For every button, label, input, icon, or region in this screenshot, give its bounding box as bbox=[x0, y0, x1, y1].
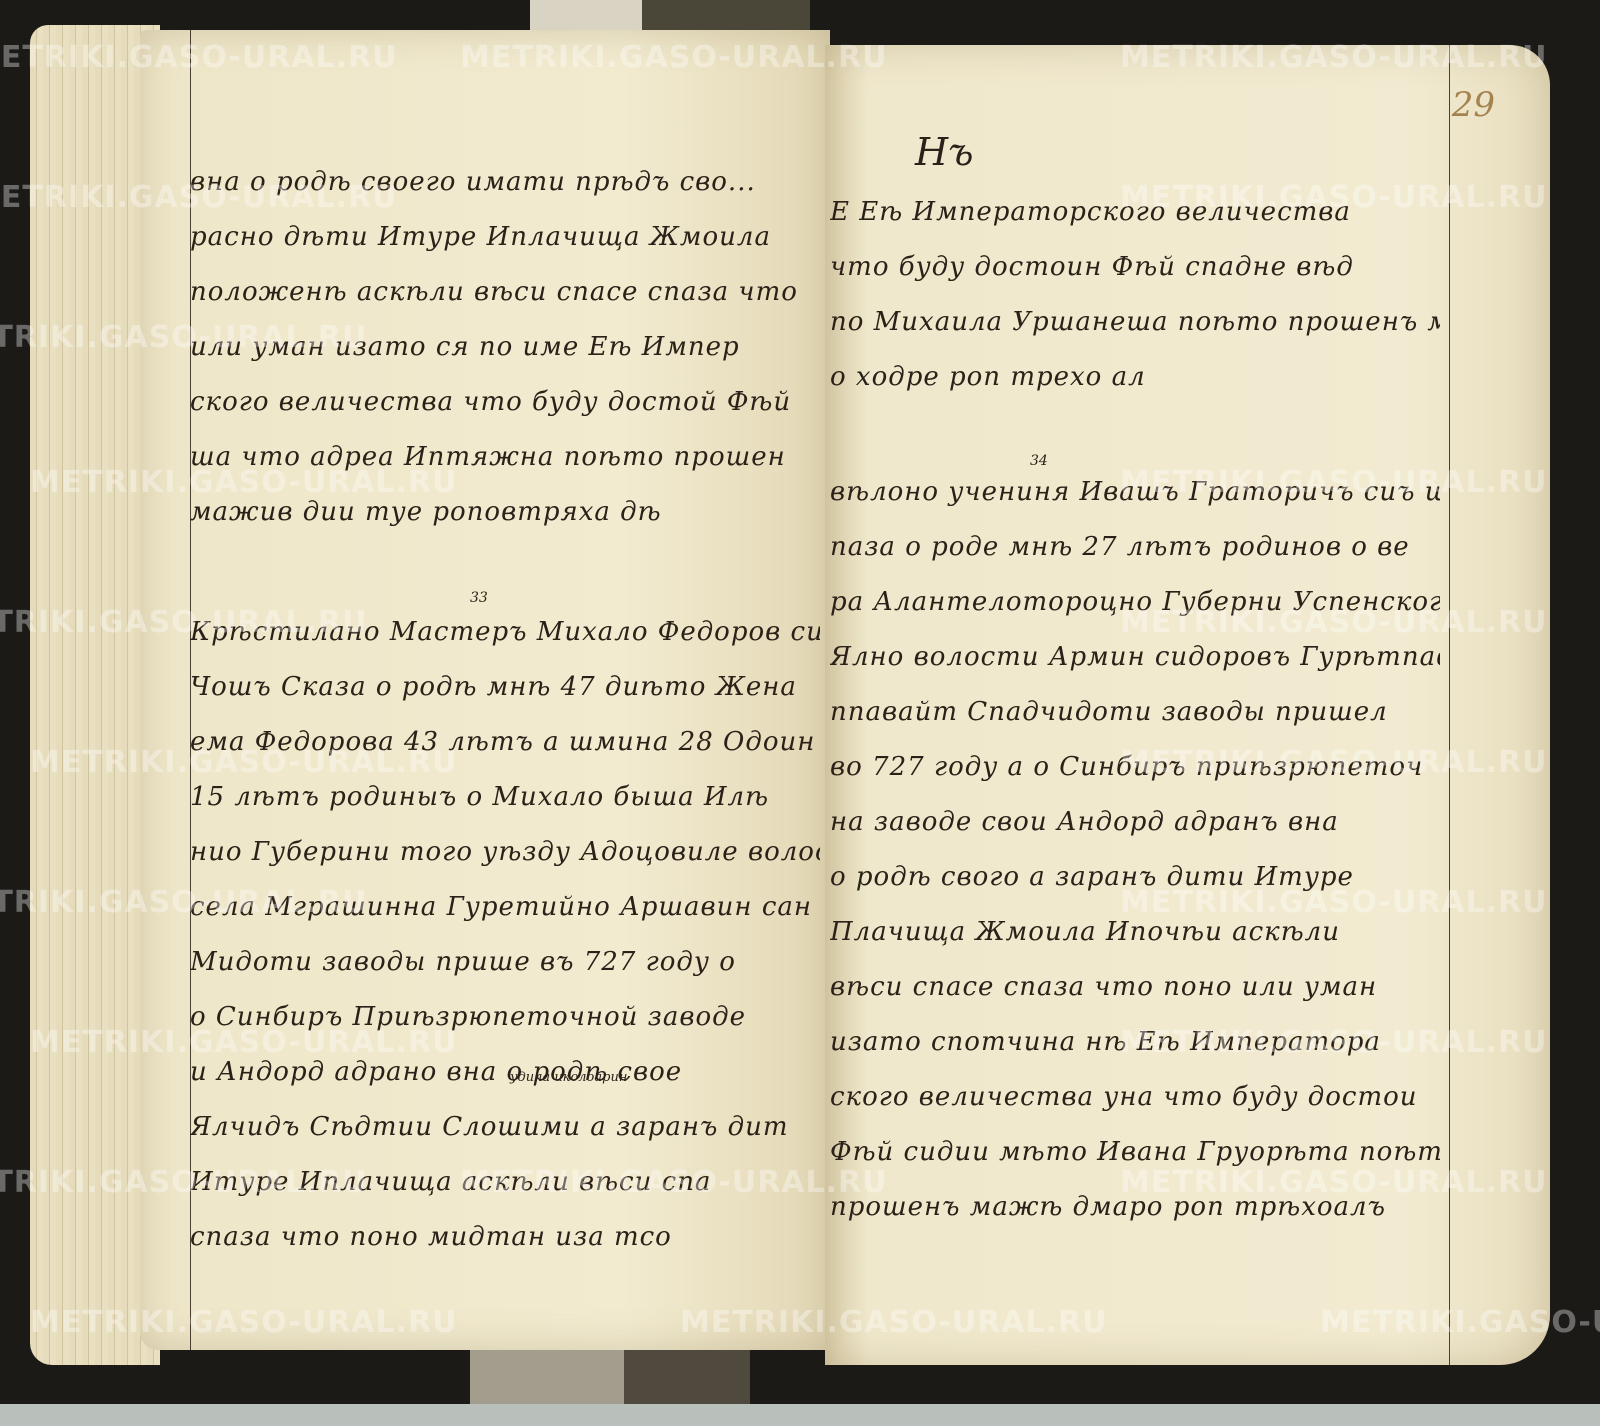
page-number: 29 bbox=[1452, 85, 1495, 125]
watermark: METRIKI.GASO-URAL.RU bbox=[1120, 1025, 1548, 1060]
entry-header-mark: Нъ bbox=[915, 130, 973, 174]
watermark: METRIKI.GASO-URAL.RU bbox=[1120, 1165, 1548, 1200]
watermark: METRIKI.GASO-URAL.RU bbox=[0, 320, 368, 355]
watermark: METRIKI.GASO-URAL.RU bbox=[30, 745, 458, 780]
scanner-bottom-strip bbox=[0, 1404, 1600, 1426]
handwritten-line: что буду достоин Фѣй спадне вѣд bbox=[830, 240, 1440, 295]
handwritten-line: Мидоти заводы прише въ 727 году о bbox=[190, 935, 820, 990]
handwritten-line: Чошъ Сказа о родѣ мнѣ 47 диѣто Жена bbox=[190, 660, 820, 715]
handwritten-line: Ялчидъ Сѣдтии Слошими а заранъ дит bbox=[190, 1100, 820, 1155]
watermark: METRIKI.GASO-URAL.RU bbox=[0, 40, 398, 75]
handwritten-line: ппавайт Спадчидоти заводы пришел bbox=[830, 685, 1440, 740]
handwritten-line: положенѣ аскѣли вѣси спасе спаза что bbox=[190, 265, 820, 320]
watermark: METRIKI.GASO-URAL.RU bbox=[0, 605, 368, 640]
handwritten-line: нио Губерини того уѣзду Адоцовиле волост bbox=[190, 825, 820, 880]
watermark: METRIKI.GASO-URAL.RU bbox=[30, 1305, 458, 1340]
left-page: вна о родѣ своего имати прѣдъ сво... рас… bbox=[140, 30, 830, 1350]
entry-number: 33 bbox=[470, 590, 488, 606]
watermark: METRIKI.GASO-URAL.RU bbox=[1320, 1305, 1600, 1340]
interlinear-note: удила иколоарин bbox=[510, 1070, 627, 1085]
handwritten-line: паза о роде мнѣ 27 лѣтъ родинов о ве bbox=[830, 520, 1440, 575]
watermark: METRIKI.GASO-URAL.RU bbox=[30, 1025, 458, 1060]
watermark: METRIKI.GASO-URAL.RU bbox=[0, 885, 368, 920]
watermark: METRIKI.GASO-URAL.RU bbox=[460, 1165, 888, 1200]
right-entry-34: вѣлоно учениня Ивашъ Граторичъ сиъ шахин… bbox=[830, 465, 1440, 1235]
watermark: METRIKI.GASO-URAL.RU bbox=[460, 40, 888, 75]
watermark: METRIKI.GASO-URAL.RU bbox=[0, 1165, 368, 1200]
handwritten-line: ского величества что буду достой Фѣй bbox=[190, 375, 820, 430]
watermark: METRIKI.GASO-URAL.RU bbox=[1120, 885, 1548, 920]
watermark: METRIKI.GASO-URAL.RU bbox=[1120, 605, 1548, 640]
handwritten-line: расно дѣти Итуре Иплачища Жмоила bbox=[190, 210, 820, 265]
watermark: METRIKI.GASO-URAL.RU bbox=[0, 180, 398, 215]
handwritten-line: о ходре роп трехо ал bbox=[830, 350, 1440, 405]
right-entry-continued: Е Еѣ Императорского величества что буду … bbox=[830, 185, 1440, 405]
handwritten-line: по Михаила Уршанеша поѣто прошенъ маж bbox=[830, 295, 1440, 350]
watermark: METRIKI.GASO-URAL.RU bbox=[1120, 40, 1548, 75]
handwritten-line: ского величества уна что буду достои bbox=[830, 1070, 1440, 1125]
watermark: METRIKI.GASO-URAL.RU bbox=[1120, 745, 1548, 780]
watermark: METRIKI.GASO-URAL.RU bbox=[1120, 180, 1548, 215]
watermark: METRIKI.GASO-URAL.RU bbox=[30, 465, 458, 500]
handwritten-line: спаза что поно мидтан иза тсо bbox=[190, 1210, 820, 1265]
watermark: METRIKI.GASO-URAL.RU bbox=[680, 1305, 1108, 1340]
handwritten-line: вѣси спасе спаза что поно или уман bbox=[830, 960, 1440, 1015]
watermark: METRIKI.GASO-URAL.RU bbox=[1120, 465, 1548, 500]
handwritten-line: на заводе свои Андорд адранъ вна bbox=[830, 795, 1440, 850]
